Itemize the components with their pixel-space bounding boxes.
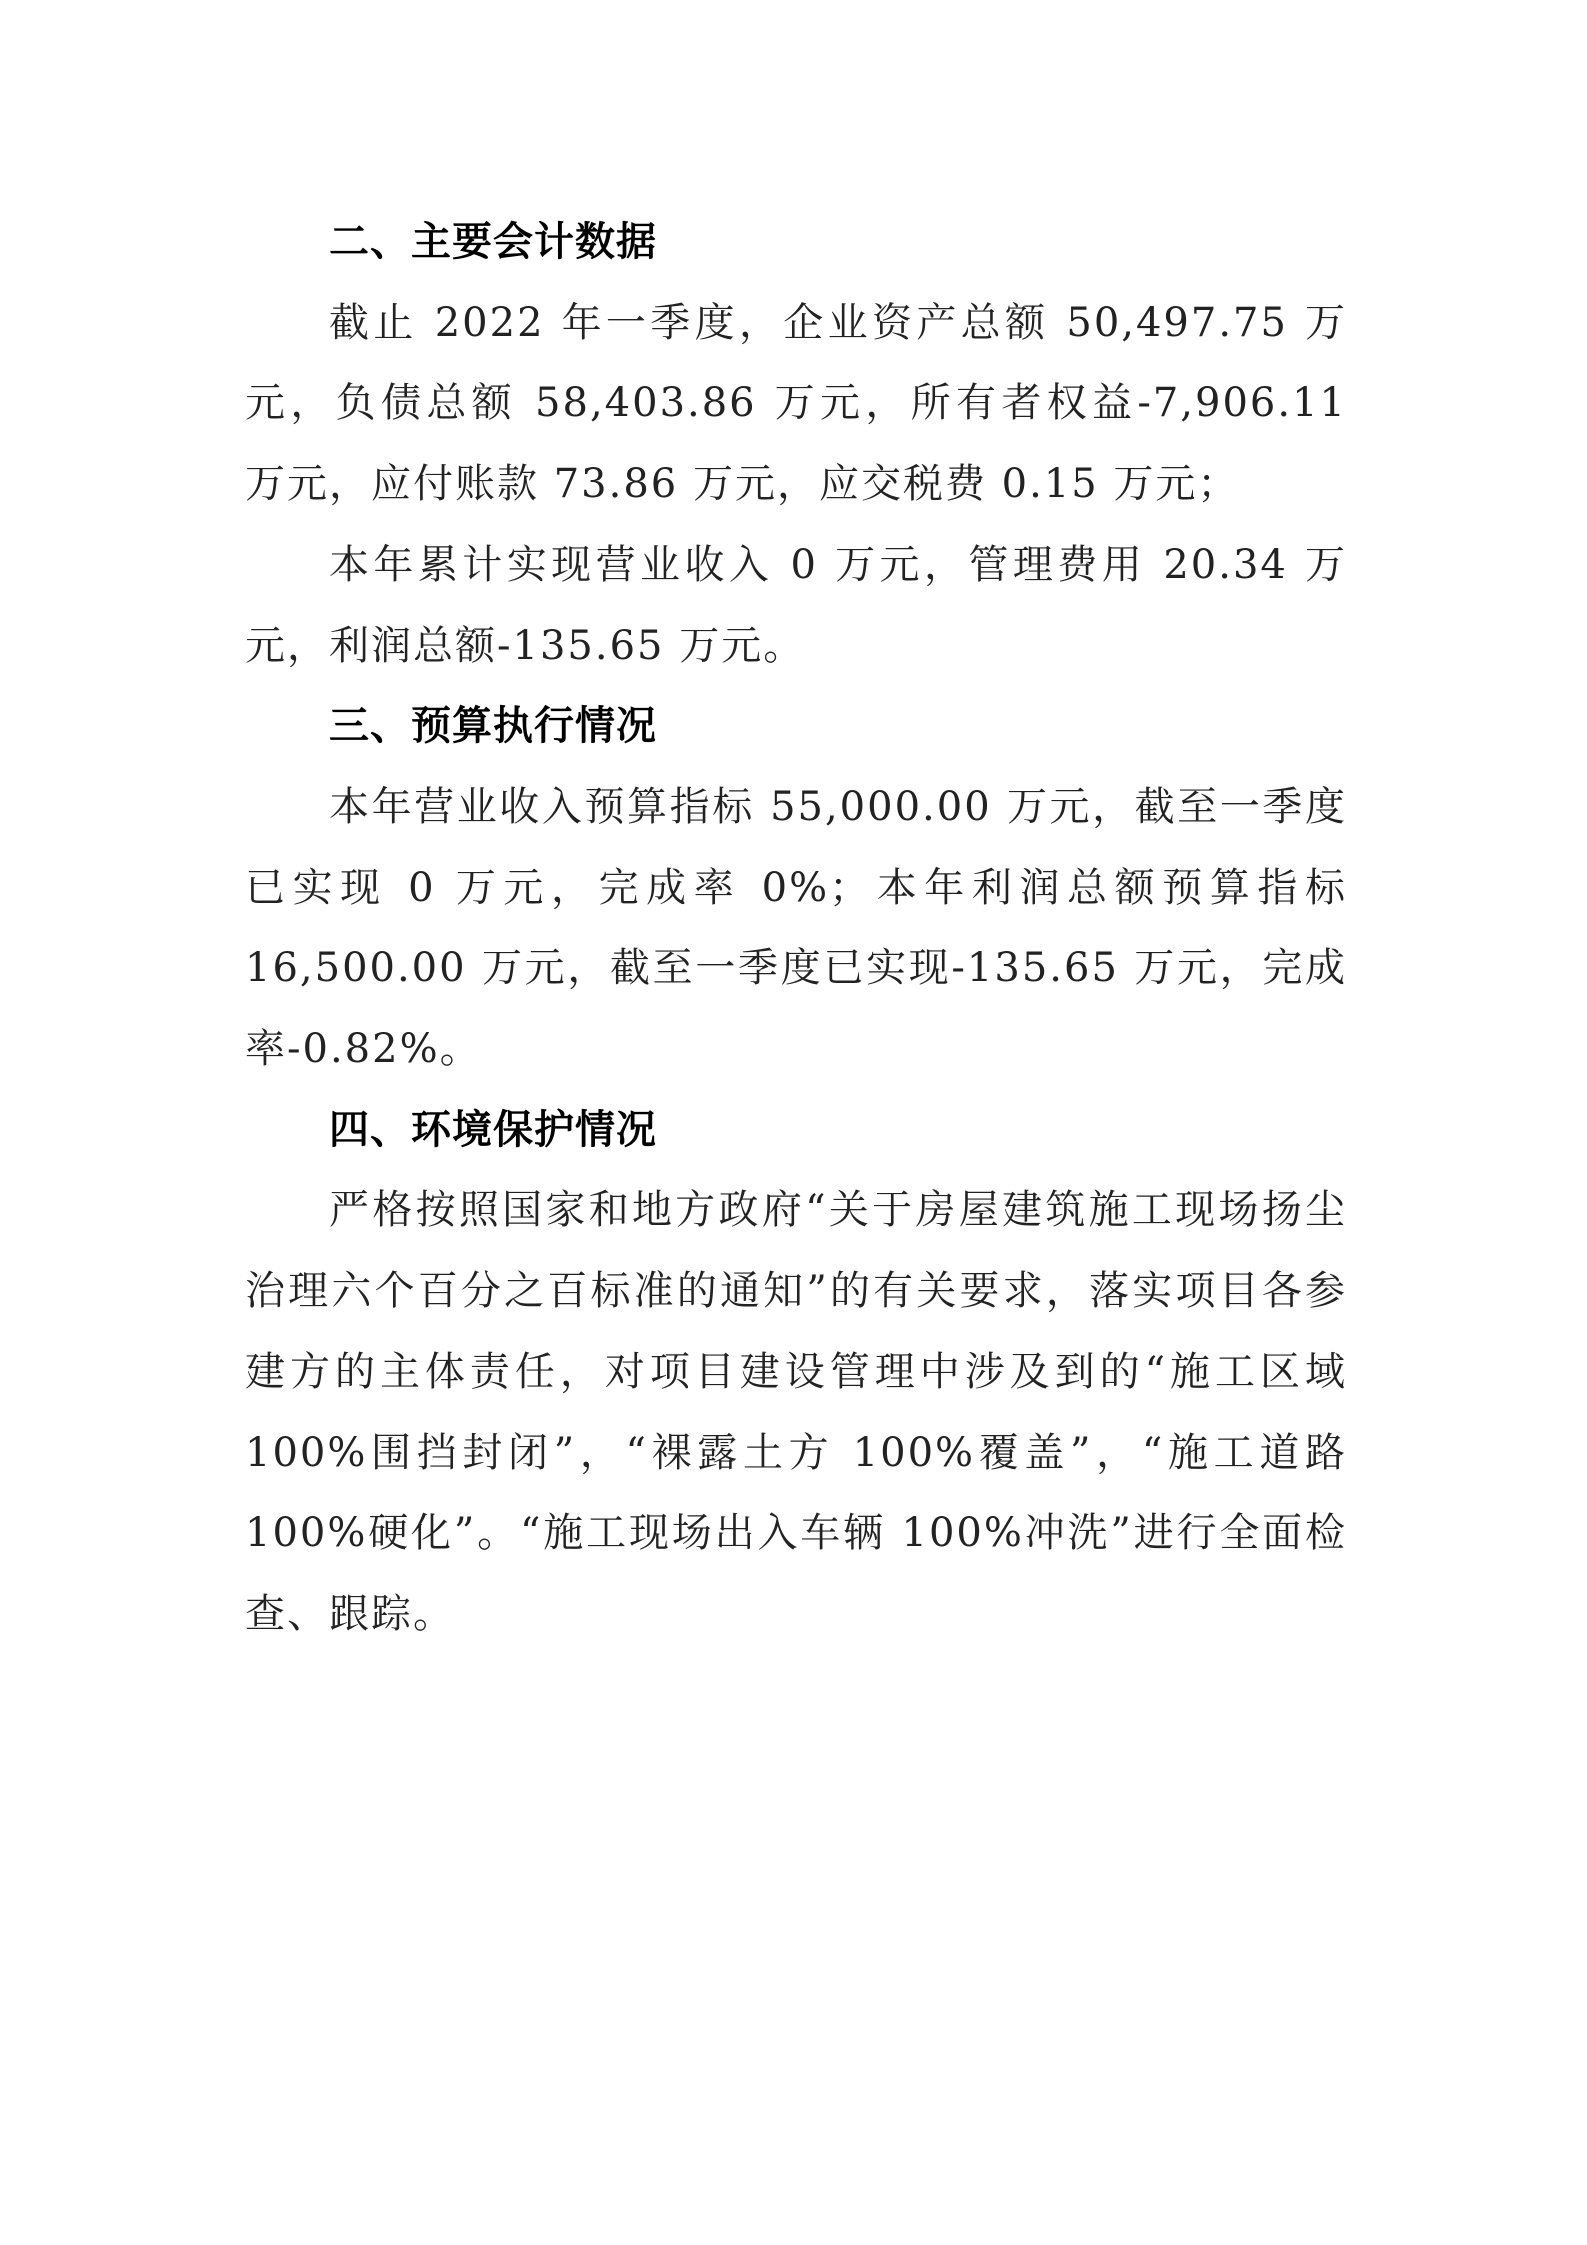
section-heading: 四、环境保护情况 (245, 1090, 1347, 1171)
document-page: 二、主要会计数据 截止 2022 年一季度，企业资产总额 50,497.75 万… (245, 202, 1347, 1655)
section-accounting-data: 二、主要会计数据 截止 2022 年一季度，企业资产总额 50,497.75 万… (245, 202, 1347, 686)
paragraph: 本年累计实现营业收入 0 万元，管理费用 20.34 万元，利润总额-135.6… (245, 525, 1347, 686)
paragraph: 严格按照国家和地方政府“关于房屋建筑施工现场扬尘治理六个百分之百标准的通知”的有… (245, 1170, 1347, 1654)
section-heading: 二、主要会计数据 (245, 202, 1347, 283)
section-budget-execution: 三、预算执行情况 本年营业收入预算指标 55,000.00 万元，截至一季度已实… (245, 686, 1347, 1090)
paragraph: 截止 2022 年一季度，企业资产总额 50,497.75 万元，负债总额 58… (245, 283, 1347, 525)
section-environmental-protection: 四、环境保护情况 严格按照国家和地方政府“关于房屋建筑施工现场扬尘治理六个百分之… (245, 1090, 1347, 1655)
paragraph: 本年营业收入预算指标 55,000.00 万元，截至一季度已实现 0 万元，完成… (245, 767, 1347, 1090)
section-heading: 三、预算执行情况 (245, 686, 1347, 767)
